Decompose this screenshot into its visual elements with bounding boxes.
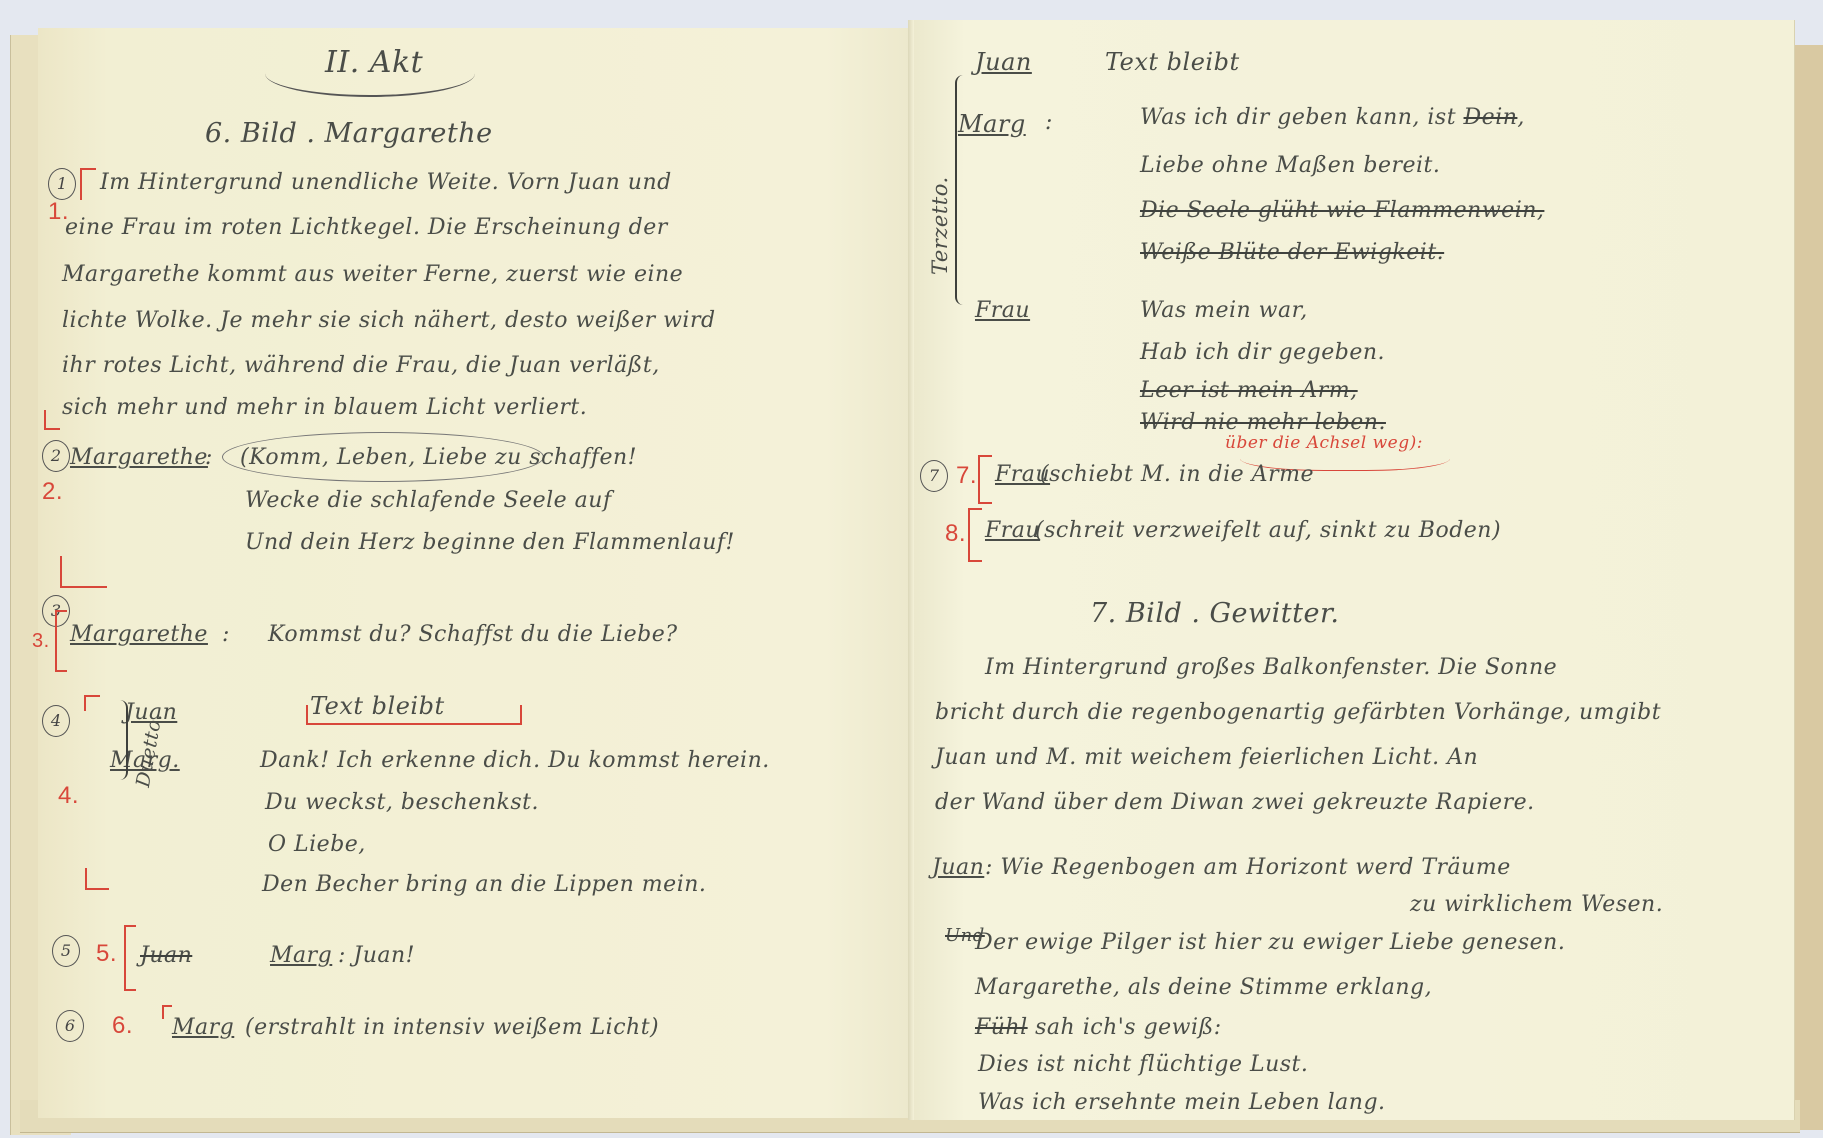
speaker-frau: Frau xyxy=(985,518,1040,543)
speaker-juan: Juan xyxy=(932,855,984,880)
red-tick-4-top xyxy=(84,695,100,711)
verse-line: Dank! Ich erkenne dich. Du kommst herein… xyxy=(260,748,770,773)
red-number-4: 4. xyxy=(58,782,79,810)
red-bracket-1 xyxy=(80,168,96,200)
colon: : xyxy=(1045,110,1053,135)
red-bracket-7 xyxy=(978,455,992,504)
speaker-juan: Juan xyxy=(975,48,1032,76)
stage-line: Margarethe kommt aus weiter Ferne, zuers… xyxy=(62,262,683,287)
verse-line: Fühl sah ich's gewiß: xyxy=(975,1015,1222,1040)
struck-verse-line: Leer ist mein Arm, xyxy=(1140,378,1358,403)
struck-verse-line: Die Seele glüht wie Flammenwein, xyxy=(1140,198,1544,223)
verse-line: Den Becher bring an die Lippen mein. xyxy=(262,872,706,897)
verse-line: : Juan! xyxy=(338,943,415,968)
red-box-text-bleibt xyxy=(306,705,522,725)
verse-line: Wecke die schlafende Seele auf xyxy=(245,488,612,513)
verse-line: Was ich dir geben kann, ist Dein, xyxy=(1140,105,1525,130)
note-text-bleibt: Text bleibt xyxy=(1105,48,1240,76)
stage-direction: (erstrahlt in intensiv weißem Licht) xyxy=(245,1015,659,1040)
speaker-margarethe: Margarethe xyxy=(70,445,208,470)
verse-line: Margarethe, als deine Stimme erklang, xyxy=(975,975,1432,1000)
circled-number-2: 2 xyxy=(42,440,70,472)
speaker-margarethe: Margarethe xyxy=(70,622,208,647)
red-tick-6 xyxy=(162,1005,172,1019)
terzetto-label: Terzetto. xyxy=(928,176,952,275)
red-number-6: 6. xyxy=(112,1012,133,1040)
verse-line: Dies ist nicht flüchtige Lust. xyxy=(978,1052,1308,1077)
right-page xyxy=(912,20,1795,1120)
scene-heading-6: 6. Bild . Margarethe xyxy=(205,118,493,149)
verse-line: Was mein war, xyxy=(1140,298,1308,323)
circled-number-5: 5 xyxy=(52,935,80,967)
stage-line: Im Hintergrund großes Balkonfenster. Die… xyxy=(985,655,1557,680)
stage-direction: (schreit verzweifelt auf, sinkt zu Boden… xyxy=(1035,518,1501,543)
stage-line: bricht durch die regenbogenartig gefärbt… xyxy=(935,700,1661,725)
stage-line: ihr rotes Licht, während die Frau, die J… xyxy=(62,353,660,378)
circled-number-4: 4 xyxy=(42,705,70,737)
red-tick-1 xyxy=(44,410,60,430)
verse-line: Und dein Herz beginne den Flammenlauf! xyxy=(245,530,735,555)
red-number-8: 8. xyxy=(945,520,966,548)
speaker-frau: Frau xyxy=(975,298,1030,323)
verse-line: : Wie Regenbogen am Horizont werd Träume xyxy=(985,855,1511,880)
red-tick-2 xyxy=(60,556,107,588)
verse-line: Liebe ohne Maßen bereit. xyxy=(1140,153,1440,178)
verse-punct: , xyxy=(1517,105,1525,130)
struck-speaker-juan: Juan xyxy=(140,943,192,968)
book-gutter xyxy=(908,20,914,1120)
colon: : xyxy=(222,622,230,647)
act-heading-arc xyxy=(265,50,475,97)
scene-heading-7: 7. Bild . Gewitter. xyxy=(1090,598,1339,629)
red-number-7: 7. xyxy=(956,462,977,490)
struck-word: Dein xyxy=(1464,105,1518,130)
circled-number-6: 6 xyxy=(56,1010,84,1042)
stage-line: lichte Wolke. Je mehr sie sich nähert, d… xyxy=(62,308,716,333)
stage-line: sich mehr und mehr in blauem Licht verli… xyxy=(62,395,587,420)
red-bracket-5 xyxy=(124,925,136,991)
verse-line: Der ewige Pilger ist hier zu ewiger Lieb… xyxy=(975,930,1565,955)
verse-text: sah ich's gewiß: xyxy=(1035,1015,1222,1040)
duetto-brace xyxy=(118,700,128,780)
verse-line: O Liebe, xyxy=(268,832,366,857)
verse-line: (Komm, Leben, Liebe zu schaffen! xyxy=(240,445,637,470)
struck-verse-line: Wird nie mehr leben. xyxy=(1140,410,1386,435)
stage-direction: (schiebt M. in die Arme xyxy=(1040,462,1314,487)
struck-verse-line: Weiße Blüte der Ewigkeit. xyxy=(1140,240,1444,265)
red-tick-4-bottom xyxy=(85,868,109,890)
verse-text: Was ich dir geben kann, ist xyxy=(1140,105,1464,130)
speaker-marg: Marg xyxy=(270,943,332,968)
red-bracket-8 xyxy=(968,508,982,562)
verse-line: Was ich ersehnte mein Leben lang. xyxy=(978,1090,1386,1115)
red-number-2: 2. xyxy=(42,478,63,506)
circled-number-7: 7 xyxy=(920,460,948,492)
red-number-5: 5. xyxy=(96,940,117,968)
red-bracket-3 xyxy=(55,610,67,672)
verse-line: Du weckst, beschenkst. xyxy=(265,790,539,815)
speaker-marg: Marg xyxy=(958,110,1026,138)
stage-line: eine Frau im roten Lichtkegel. Die Ersch… xyxy=(65,215,668,240)
verse-line: zu wirklichem Wesen. xyxy=(1410,892,1663,917)
speaker-marg: Marg xyxy=(172,1015,234,1040)
stage-line: der Wand über dem Diwan zwei gekreuzte R… xyxy=(935,790,1535,815)
colon: : xyxy=(205,445,213,470)
stage-line: Im Hintergrund unendliche Weite. Vorn Ju… xyxy=(100,170,672,195)
circled-number-1: 1 xyxy=(48,168,76,200)
struck-word: Fühl xyxy=(975,1015,1028,1040)
verse-line: Hab ich dir gegeben. xyxy=(1140,340,1385,365)
stage-line: Juan und M. mit weichem feierlichen Lich… xyxy=(935,745,1478,770)
red-number-3: 3. xyxy=(32,630,50,653)
verse-line: Kommst du? Schaffst du die Liebe? xyxy=(268,622,678,647)
